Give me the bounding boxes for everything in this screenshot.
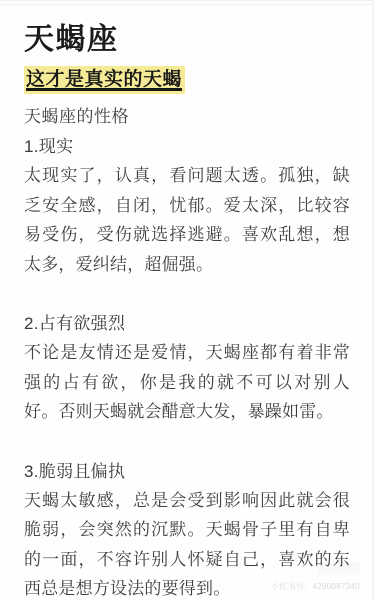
subtitle-row: 这才是真实的天蝎: [24, 66, 350, 94]
watermark-blur-block: [318, 562, 360, 575]
section-body: 太现实了，认真，看问题太透。孤独，缺乏安全感，自闭，忧郁。爱太深，比较容易受伤，…: [24, 161, 350, 279]
section-heading: 1.现实: [24, 136, 350, 158]
note-card: 天蝎座 这才是真实的天蝎 天蝎座的性格 1.现实 太现实了，认真，看问题太透。孤…: [0, 0, 374, 600]
intro-line: 天蝎座的性格: [24, 105, 350, 128]
watermark: 小红书号：4290087340: [271, 562, 360, 592]
section-heading: 3.脆弱且偏执: [24, 461, 350, 483]
section-possessive: 2.占有欲强烈 不论是友情还是爱情，天蝎座都有着非常强的占有欲，你是我的就不可以…: [24, 313, 350, 427]
watermark-id-text: 小红书号：4290087340: [271, 582, 360, 592]
section-reality: 1.现实 太现实了，认真，看问题太透。孤独，缺乏安全感，自闭，忧郁。爱太深，比较…: [24, 136, 350, 279]
note-content: 天蝎座 这才是真实的天蝎 天蝎座的性格 1.现实 太现实了，认真，看问题太透。孤…: [0, 1, 372, 600]
note-title: 天蝎座: [24, 23, 350, 57]
section-body: 不论是友情还是爱情，天蝎座都有着非常强的占有欲，你是我的就不可以对别人好。否则天…: [24, 338, 350, 427]
section-heading: 2.占有欲强烈: [24, 313, 350, 335]
highlighted-subtitle: 这才是真实的天蝎: [24, 66, 185, 94]
